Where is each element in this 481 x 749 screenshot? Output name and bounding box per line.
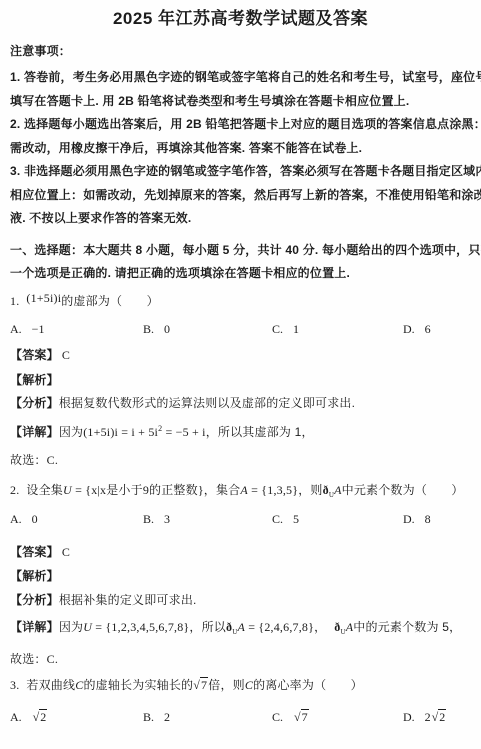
option-value: 1 <box>293 322 299 336</box>
notice-line-7: 液. 不按以上要求作答的答案无效. <box>10 211 191 226</box>
question-3-options: A.2 B.2 C.7 D.22 <box>0 710 481 726</box>
sqrt-expression: 7 <box>193 677 208 692</box>
question-2-fenxi: 【分析】根据补集的定义即可求出. <box>10 593 197 608</box>
math-expression: = {1,2,3,4,5,6,7,8} <box>92 620 189 634</box>
xiangjie-label: 【详解】 <box>10 620 59 634</box>
option-a: A.0 <box>10 512 38 527</box>
notice-line-6: 相应位置上：如需改动，先划掉原来的答案，然后再写上新的答案，不准使用铅笔和涂改 <box>10 188 481 203</box>
math-variable: A <box>334 483 342 497</box>
fenxi-label: 【分析】 <box>10 396 59 410</box>
math-expression: (1+5i)i = i + 5i <box>83 425 158 439</box>
question-2-options: A.0 B.3 C.5 D.8 <box>0 512 481 528</box>
exam-document: 2025 年江苏高考数学试题及答案 注意事项： 1. 答卷前，考生务必用黑色字迹… <box>0 0 481 749</box>
stem-text: 倍，则 <box>208 678 245 692</box>
option-value: −1 <box>32 322 45 336</box>
notice-heading: 注意事项： <box>10 44 71 59</box>
option-value: 2 <box>164 710 170 724</box>
notice-line-3: 2. 选择题每小题选出答案后，用 2B 铅笔把答题卡上对应的题目选项的答案信息点… <box>10 117 481 132</box>
option-label: D. <box>403 710 415 724</box>
radicand: 2 <box>438 709 446 724</box>
question-2-answer: 【答案】C <box>10 545 70 560</box>
section-header-line-1: 一、选择题：本大题共 8 小题，每小题 5 分，共计 40 分. 每小题给出的四… <box>10 243 481 258</box>
notice-line-1: 1. 答卷前，考生务必用黑色字迹的钢笔或签字笔将自己的姓名和考生号，试室号，座位… <box>10 70 481 85</box>
option-label: A. <box>10 710 22 724</box>
option-value: 5 <box>293 512 299 526</box>
question-1-options: A.−1 B.0 C.1 D.6 <box>0 322 481 338</box>
fenxi-label: 【分析】 <box>10 593 59 607</box>
option-value: 0 <box>32 512 38 526</box>
stem-text: 若双曲线 <box>26 678 75 692</box>
stem-text: ，则 <box>298 483 322 497</box>
option-label: B. <box>143 512 154 526</box>
fenxi-text: 根据补集的定义即可求出. <box>59 593 197 607</box>
answer-value: C <box>62 545 70 559</box>
math-variable: U <box>83 620 92 634</box>
question-2-xiangjie: 【详解】因为U = {1,2,3,4,5,6,7,8}，所以ðUA = {2,4… <box>10 620 461 640</box>
notice-line-4: 需改动，用橡皮擦干净后，再填涂其他答案. 答案不能答在试卷上. <box>10 141 362 156</box>
math-expression: = {2,4,6,7,8} <box>245 620 314 634</box>
question-number: 3. <box>10 678 19 692</box>
question-1-fenxi: 【分析】根据复数代数形式的运算法则以及虚部的定义即可求出. <box>10 396 355 411</box>
jiexi-label: 【解析】 <box>10 569 59 583</box>
math-expression: (1+5i)i <box>26 291 61 305</box>
coefficient: 2 <box>425 710 431 724</box>
math-expression: = {1,3,5} <box>248 483 298 497</box>
stem-text: 的虚部为（ ） <box>61 294 159 308</box>
section-header-line-2: 一个选项是正确的. 请把正确的选项填涂在答题卡相应的位置上. <box>10 266 350 281</box>
math-variable: A <box>240 483 248 497</box>
jiexi-label: 【解析】 <box>10 373 59 387</box>
sqrt-expression: 2 <box>432 709 447 724</box>
option-a: A.2 <box>10 710 47 725</box>
stem-text: 中元素个数为（ ） <box>342 483 464 497</box>
option-label: B. <box>143 710 154 724</box>
fenxi-text: 根据复数代数形式的运算法则以及虚部的定义即可求出. <box>59 396 355 410</box>
option-c: C.7 <box>272 710 309 725</box>
stem-text: 设全集 <box>26 483 63 497</box>
xiangjie-pre: 因为 <box>59 620 83 634</box>
math-variable: U <box>63 483 72 497</box>
question-1-answer: 【答案】C <box>10 348 70 363</box>
stem-text: 的离心率为（ ） <box>253 678 363 692</box>
math-expression: = {x|x是小于9的正整数} <box>72 483 204 497</box>
xiangjie-mid: ，所以 <box>189 620 226 634</box>
question-3-stem: 3.若双曲线C的虚轴长为实轴长的7倍，则C的离心率为（ ） <box>10 678 363 693</box>
question-2-choose: 故选：C. <box>10 652 58 667</box>
choose-value: C. <box>47 453 58 467</box>
xiangjie-label: 【详解】 <box>10 425 59 439</box>
option-value: 3 <box>164 512 170 526</box>
stem-text: 的虚轴长为实轴长的 <box>83 678 193 692</box>
question-1-xiangjie: 【详解】因为(1+5i)i = i + 5i2 = −5 + i，所以其虚部为 … <box>10 421 314 440</box>
option-a: A.−1 <box>10 322 44 337</box>
option-b: B.3 <box>143 512 170 527</box>
option-b: B.2 <box>143 710 170 725</box>
question-1-stem: 1.(1+5i)i的虚部为（ ） <box>10 294 159 309</box>
answer-label: 【答案】 <box>10 348 59 362</box>
option-d: D.8 <box>403 512 431 527</box>
notice-line-2: 填写在答题卡上. 用 2B 铅笔将试卷类型和考生号填涂在答题卡相应位置上. <box>10 94 409 109</box>
option-label: C. <box>272 322 283 336</box>
option-label: D. <box>403 322 415 336</box>
option-label: D. <box>403 512 415 526</box>
math-expression: = −5 + i <box>162 425 205 439</box>
option-b: B.0 <box>143 322 170 337</box>
option-label: B. <box>143 322 154 336</box>
question-number: 2. <box>10 483 19 497</box>
sqrt-expression: 7 <box>294 709 309 724</box>
stem-text: ，集合 <box>204 483 241 497</box>
answer-value: C <box>62 348 70 362</box>
option-c: C.5 <box>272 512 299 527</box>
doc-title: 2025 年江苏高考数学试题及答案 <box>0 8 481 30</box>
xiangjie-pre: 因为 <box>59 425 83 439</box>
xiangjie-mid: ， <box>314 620 326 634</box>
choose-label: 故选： <box>10 652 47 666</box>
option-label: A. <box>10 322 22 336</box>
radicand: 7 <box>301 709 309 724</box>
question-2-jiexi: 【解析】 <box>10 569 59 584</box>
option-c: C.1 <box>272 322 299 337</box>
question-number: 1. <box>10 294 19 308</box>
option-value: 0 <box>164 322 170 336</box>
sqrt-expression: 2 <box>33 709 48 724</box>
question-1-jiexi: 【解析】 <box>10 373 59 388</box>
option-d: D.22 <box>403 710 446 725</box>
xiangjie-post: 中的元素个数为 5， <box>353 620 461 634</box>
xiangjie-post: ，所以其虚部为 1， <box>206 425 314 439</box>
option-value: 8 <box>425 512 431 526</box>
math-variable: A <box>237 620 245 634</box>
option-value: 6 <box>425 322 431 336</box>
answer-label: 【答案】 <box>10 545 59 559</box>
question-1-choose: 故选：C. <box>10 453 58 468</box>
math-variable: C <box>245 678 253 692</box>
notice-line-5: 3. 非选择题必须用黑色字迹的钢笔或签字笔作答，答案必须写在答题卡各题目指定区域… <box>10 164 481 179</box>
choose-value: C. <box>47 652 58 666</box>
question-2-stem: 2.设全集U = {x|x是小于9的正整数}，集合A = {1,3,5}，则ðU… <box>10 483 464 503</box>
radicand: 2 <box>39 709 47 724</box>
choose-label: 故选： <box>10 453 47 467</box>
option-label: C. <box>272 710 283 724</box>
option-label: C. <box>272 512 283 526</box>
option-label: A. <box>10 512 22 526</box>
option-d: D.6 <box>403 322 431 337</box>
